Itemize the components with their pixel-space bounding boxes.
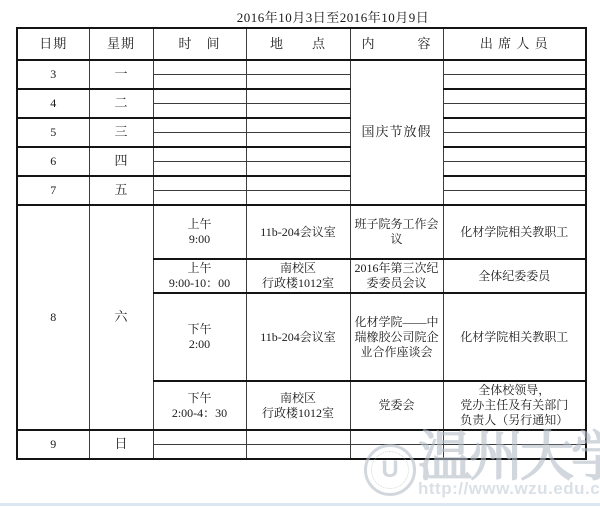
- date-cell: 4: [17, 89, 89, 118]
- time-period: 下午: [156, 322, 244, 337]
- location-line: 11b-204会议室: [249, 225, 348, 240]
- attendees-cell: [443, 162, 586, 177]
- date-range-title: 2016年10月3日至2016年10月9日: [0, 0, 600, 27]
- time-cell: [153, 75, 246, 90]
- attendees-cell: [443, 118, 586, 133]
- location-line: 行政楼1012室: [249, 406, 348, 421]
- time-value: 2:00-4：30: [156, 406, 244, 421]
- schedule-table: 日期 星期 时 间 地 点 内 容 出 席 人 员 3 一 国庆节放假 4 二 …: [16, 27, 587, 460]
- content-cell: 班子院务工作会议: [350, 205, 443, 259]
- table-row-day7: 7 五: [17, 176, 586, 191]
- table-row-day9: 9 日: [17, 430, 586, 445]
- header-date: 日期: [17, 28, 89, 60]
- attendees-cell: [443, 75, 586, 90]
- attendees-cell: [443, 430, 586, 445]
- time-cell: [153, 176, 246, 191]
- time-cell: [153, 118, 246, 133]
- location-line: 南校区: [249, 261, 348, 276]
- header-content: 内 容: [350, 28, 443, 60]
- header-week: 星期: [89, 28, 153, 60]
- week-cell: 二: [89, 89, 153, 118]
- location-cell: [246, 133, 350, 148]
- location-line: 行政楼1012室: [249, 276, 348, 291]
- attendees-cell: [443, 147, 586, 162]
- header-time: 时 间: [153, 28, 246, 60]
- location-cell: [246, 430, 350, 445]
- time-cell: [153, 445, 246, 460]
- content-cell: 2016年第三次纪委委员会议: [350, 259, 443, 293]
- location-cell: [246, 75, 350, 90]
- location-cell: [246, 162, 350, 177]
- location-cell: 南校区 行政楼1012室: [246, 381, 350, 430]
- content-cell: 党委会: [350, 381, 443, 430]
- location-cell: [246, 118, 350, 133]
- time-cell: [153, 104, 246, 119]
- table-row-day8-event1: 8 六 上午 9:00 11b-204会议室 班子院务工作会议 化材学院相关教职…: [17, 205, 586, 259]
- footer-divider: [0, 503, 600, 506]
- date-cell: 7: [17, 176, 89, 205]
- attendees-line: 党办主任及有关部门: [446, 398, 584, 413]
- attendees-cell: [443, 104, 586, 119]
- time-period: 上午: [156, 217, 244, 232]
- watermark-url: http://www.wzu.edu.cn: [418, 479, 600, 499]
- location-cell: [246, 104, 350, 119]
- attendees-line: 全体纪委委员: [446, 269, 584, 284]
- attendees-cell: [443, 60, 586, 75]
- attendees-line: 化材学院相关教职工: [446, 330, 584, 345]
- header-row: 日期 星期 时 间 地 点 内 容 出 席 人 员: [17, 28, 586, 60]
- location-cell: [246, 191, 350, 206]
- week-cell: 六: [89, 205, 153, 430]
- date-cell: 3: [17, 60, 89, 89]
- time-cell: [153, 133, 246, 148]
- attendees-line: 化材学院相关教职工: [446, 225, 584, 240]
- time-cell: 下午 2:00: [153, 293, 246, 381]
- location-cell: [246, 176, 350, 191]
- week-cell: 五: [89, 176, 153, 205]
- time-cell: [153, 430, 246, 445]
- header-attendees: 出 席 人 员: [443, 28, 586, 60]
- location-cell: 南校区 行政楼1012室: [246, 259, 350, 293]
- week-cell: 日: [89, 430, 153, 459]
- time-period: 下午: [156, 391, 244, 406]
- table-row-day3: 3 一 国庆节放假: [17, 60, 586, 75]
- table-row-day4: 4 二: [17, 89, 586, 104]
- location-line: 11b-204会议室: [249, 330, 348, 345]
- table-row-day6: 6 四: [17, 147, 586, 162]
- time-value: 2:00: [156, 337, 244, 352]
- date-cell: 6: [17, 147, 89, 176]
- attendees-cell: 全体校领导， 党办主任及有关部门 负责人（另行通知）: [443, 381, 586, 430]
- time-cell: 上午 9:00-10：00: [153, 259, 246, 293]
- attendees-cell: 化材学院相关教职工: [443, 293, 586, 381]
- attendees-cell: [443, 89, 586, 104]
- time-cell: [153, 191, 246, 206]
- time-cell: 下午 2:00-4：30: [153, 381, 246, 430]
- attendees-line: 全体校领导，: [446, 383, 584, 398]
- attendees-cell: [443, 191, 586, 206]
- attendees-cell: 全体纪委委员: [443, 259, 586, 293]
- location-cell: [246, 89, 350, 104]
- content-cell: 化材学院——中瑞橡胶公司院企业合作座谈会: [350, 293, 443, 381]
- attendees-cell: [443, 176, 586, 191]
- attendees-cell: [443, 445, 586, 460]
- location-cell: 11b-204会议室: [246, 293, 350, 381]
- attendees-cell: 化材学院相关教职工: [443, 205, 586, 259]
- time-cell: [153, 89, 246, 104]
- time-cell: [153, 147, 246, 162]
- time-period: 上午: [156, 261, 244, 276]
- week-cell: 三: [89, 118, 153, 147]
- header-location: 地 点: [246, 28, 350, 60]
- time-cell: [153, 60, 246, 75]
- time-value: 9:00-10：00: [156, 276, 244, 291]
- date-cell: 5: [17, 118, 89, 147]
- location-line: 南校区: [249, 391, 348, 406]
- location-cell: 11b-204会议室: [246, 205, 350, 259]
- date-cell: 8: [17, 205, 89, 430]
- time-cell: [153, 162, 246, 177]
- content-cell: [350, 430, 443, 445]
- attendees-line: 负责人（另行通知）: [446, 413, 584, 428]
- week-cell: 一: [89, 60, 153, 89]
- time-value: 9:00: [156, 232, 244, 247]
- content-cell: [350, 445, 443, 460]
- location-cell: [246, 60, 350, 75]
- table-row-day5: 5 三: [17, 118, 586, 133]
- attendees-cell: [443, 133, 586, 148]
- week-cell: 四: [89, 147, 153, 176]
- time-cell: 上午 9:00: [153, 205, 246, 259]
- holiday-cell: 国庆节放假: [350, 60, 443, 205]
- location-cell: [246, 445, 350, 460]
- date-cell: 9: [17, 430, 89, 459]
- location-cell: [246, 147, 350, 162]
